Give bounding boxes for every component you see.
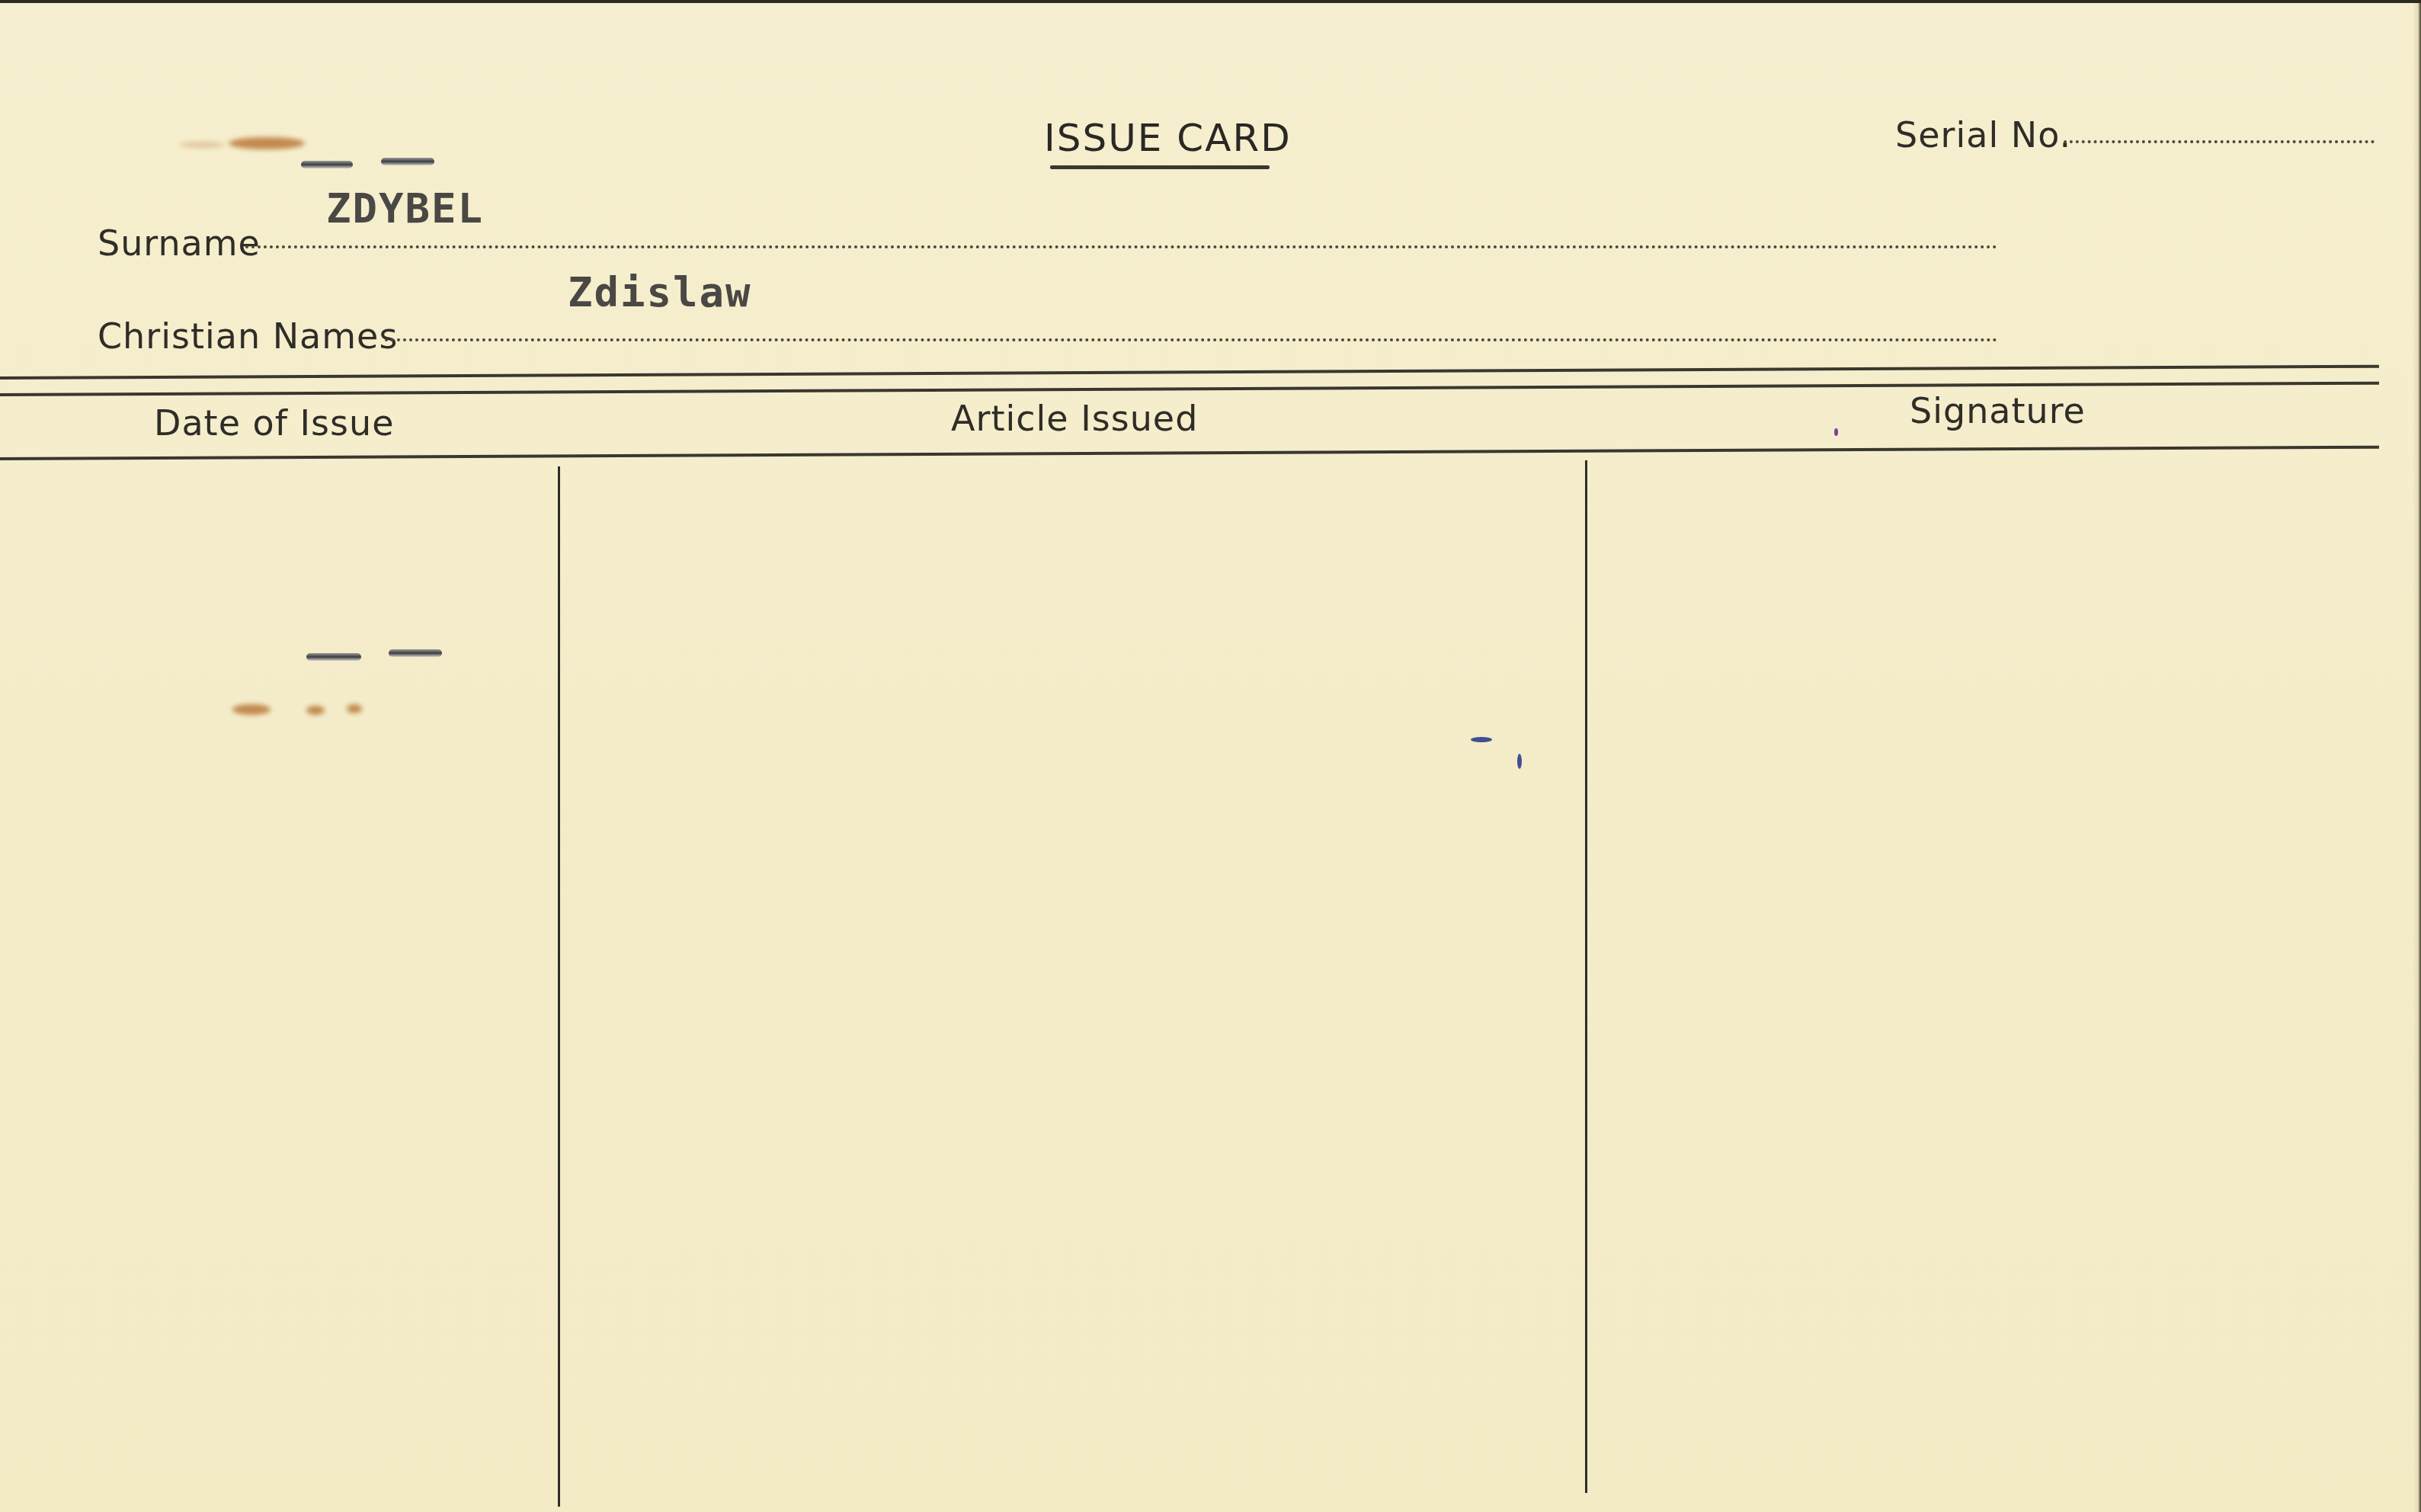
column-header-article-issued: Article Issued bbox=[951, 398, 1198, 439]
christian-names-value: Zdislaw bbox=[568, 268, 752, 316]
ink-mark bbox=[1471, 737, 1492, 742]
ink-mark bbox=[1517, 754, 1522, 769]
issue-card: ISSUE CARD Serial No. ZDYBEL Surname Zdi… bbox=[0, 0, 2421, 1512]
christian-names-field[interactable] bbox=[385, 338, 1998, 341]
christian-names-label: Christian Names bbox=[98, 316, 398, 357]
article-issued-column[interactable] bbox=[561, 464, 1584, 1508]
date-of-issue-column[interactable] bbox=[0, 464, 556, 1508]
signature-column[interactable] bbox=[1588, 460, 2411, 1508]
serial-no-field[interactable] bbox=[2064, 140, 2375, 143]
double-rule-top bbox=[0, 365, 2379, 380]
column-header-date-of-issue: Date of Issue bbox=[154, 402, 394, 444]
column-divider-2 bbox=[1585, 460, 1587, 1493]
staple-mark bbox=[381, 158, 434, 165]
header-rule bbox=[0, 446, 2379, 460]
ink-mark bbox=[1834, 428, 1838, 436]
title-underline bbox=[1050, 165, 1270, 169]
column-divider-1 bbox=[558, 466, 560, 1507]
card-title: ISSUE CARD bbox=[1044, 116, 1292, 160]
column-header-signature: Signature bbox=[1910, 390, 2086, 431]
surname-field[interactable] bbox=[245, 245, 1998, 248]
card-edge bbox=[2413, 3, 2421, 1512]
staple-mark bbox=[301, 161, 353, 168]
surname-value: ZDYBEL bbox=[326, 184, 484, 232]
serial-no-label: Serial No. bbox=[1895, 114, 2071, 155]
rust-stain bbox=[229, 137, 305, 149]
surname-label: Surname bbox=[98, 223, 261, 264]
rust-stain bbox=[179, 142, 225, 148]
